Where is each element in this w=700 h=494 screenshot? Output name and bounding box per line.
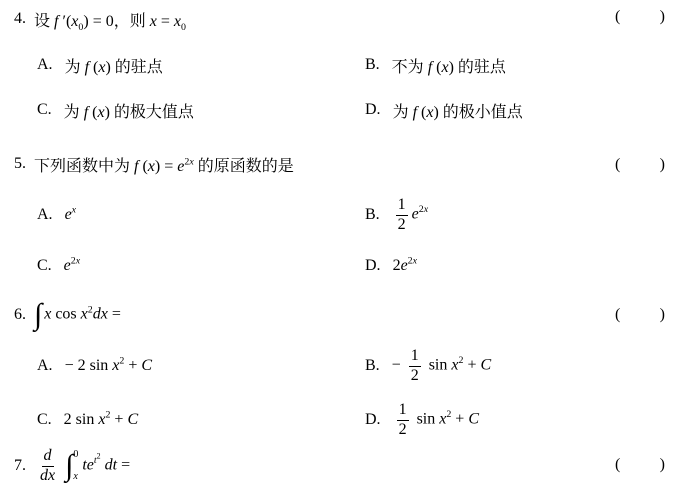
option-label: A. <box>37 206 53 224</box>
question-5-options-row-2: C. e2x D. 2e2x <box>0 253 700 279</box>
option-label: D. <box>365 257 381 275</box>
question-5-option-b: B. 12e2x <box>365 193 428 237</box>
question-4-number: 4. <box>14 10 26 28</box>
question-4-stem: 4. 设 f ′(x0) = 0，则 x = x0 <box>14 6 186 32</box>
question-6-option-b: B. − 12 sin x2 + C <box>365 342 491 390</box>
option-label: A. <box>37 357 53 375</box>
option-text: 12 sin x2 + C <box>393 401 479 439</box>
close-paren: ) <box>660 8 665 26</box>
option-text: 为 f (x) 的驻点 <box>65 54 163 77</box>
question-4-option-a: A. 为 f (x) 的驻点 <box>37 55 163 75</box>
option-text: 2e2x <box>393 257 417 275</box>
question-4-options-row-2: C. 为 f (x) 的极大值点 D. 为 f (x) 的极小值点 <box>0 100 700 120</box>
option-label: D. <box>365 101 381 119</box>
question-6-options-row-1: A. − 2 sin x2 + C B. − 12 sin x2 + C <box>0 342 700 390</box>
question-5-stem: 5. 下列函数中为 f (x) = e2x 的原函数的是 <box>14 150 294 178</box>
question-7-stem: 7. ddx∫0xtet2 dt = <box>14 441 130 491</box>
question-5-option-c: C. e2x <box>37 253 80 279</box>
question-7-answer-blank: ( ) <box>615 456 665 474</box>
question-6-answer-blank: ( ) <box>615 306 665 324</box>
option-text: 2 sin x2 + C <box>64 411 138 429</box>
question-4-text: 设 f ′(x0) = 0，则 x = x0 <box>34 8 186 31</box>
question-5-text: 下列函数中为 f (x) = e2x 的原函数的是 <box>34 153 294 176</box>
close-paren: ) <box>660 156 665 174</box>
option-text: − 12 sin x2 + C <box>392 347 491 385</box>
close-paren: ) <box>660 456 665 474</box>
option-label: C. <box>37 411 52 429</box>
question-6-option-c: C. 2 sin x2 + C <box>37 396 138 444</box>
option-text: ex <box>65 206 77 224</box>
close-paren: ) <box>660 306 665 324</box>
option-text: 不为 f (x) 的驻点 <box>392 54 506 77</box>
open-paren: ( <box>615 8 620 26</box>
question-5-number: 5. <box>14 155 26 173</box>
option-text: 为 f (x) 的极小值点 <box>393 99 523 122</box>
question-5-answer-blank: ( ) <box>615 156 665 174</box>
option-label: C. <box>37 257 52 275</box>
option-text: − 2 sin x2 + C <box>65 357 152 375</box>
option-text: e2x <box>64 257 80 275</box>
question-6-options-row-2: C. 2 sin x2 + C D. 12 sin x2 + C <box>0 396 700 444</box>
option-label: A. <box>37 56 53 74</box>
option-label: C. <box>37 101 52 119</box>
question-5-option-d: D. 2e2x <box>365 253 417 279</box>
option-label: B. <box>365 206 380 224</box>
question-6-option-a: A. − 2 sin x2 + C <box>37 342 152 390</box>
option-text: 为 f (x) 的极大值点 <box>64 99 194 122</box>
open-paren: ( <box>615 156 620 174</box>
question-5-option-a: A. ex <box>37 193 76 237</box>
option-label: B. <box>365 357 380 375</box>
question-7-number: 7. <box>14 457 26 475</box>
option-label: B. <box>365 56 380 74</box>
question-4-answer-blank: ( ) <box>615 8 665 26</box>
question-4-options-row-1: A. 为 f (x) 的驻点 B. 不为 f (x) 的驻点 <box>0 55 700 75</box>
question-6-option-d: D. 12 sin x2 + C <box>365 396 479 444</box>
open-paren: ( <box>615 456 620 474</box>
question-4-option-c: C. 为 f (x) 的极大值点 <box>37 100 194 120</box>
exam-page: 4. 设 f ′(x0) = 0，则 x = x0 ( ) A. 为 f (x)… <box>0 0 700 494</box>
question-4-option-b: B. 不为 f (x) 的驻点 <box>365 55 506 75</box>
option-text: 12e2x <box>392 196 428 234</box>
question-6-number: 6. <box>14 306 26 324</box>
question-7-text: ddx∫0xtet2 dt = <box>34 447 130 485</box>
question-6-text: ∫x cos x2dx = <box>34 300 121 330</box>
option-label: D. <box>365 411 381 429</box>
question-4-option-d: D. 为 f (x) 的极小值点 <box>365 100 523 120</box>
question-6-stem: 6. ∫x cos x2dx = <box>14 297 121 333</box>
question-5-options-row-1: A. ex B. 12e2x <box>0 193 700 237</box>
open-paren: ( <box>615 306 620 324</box>
